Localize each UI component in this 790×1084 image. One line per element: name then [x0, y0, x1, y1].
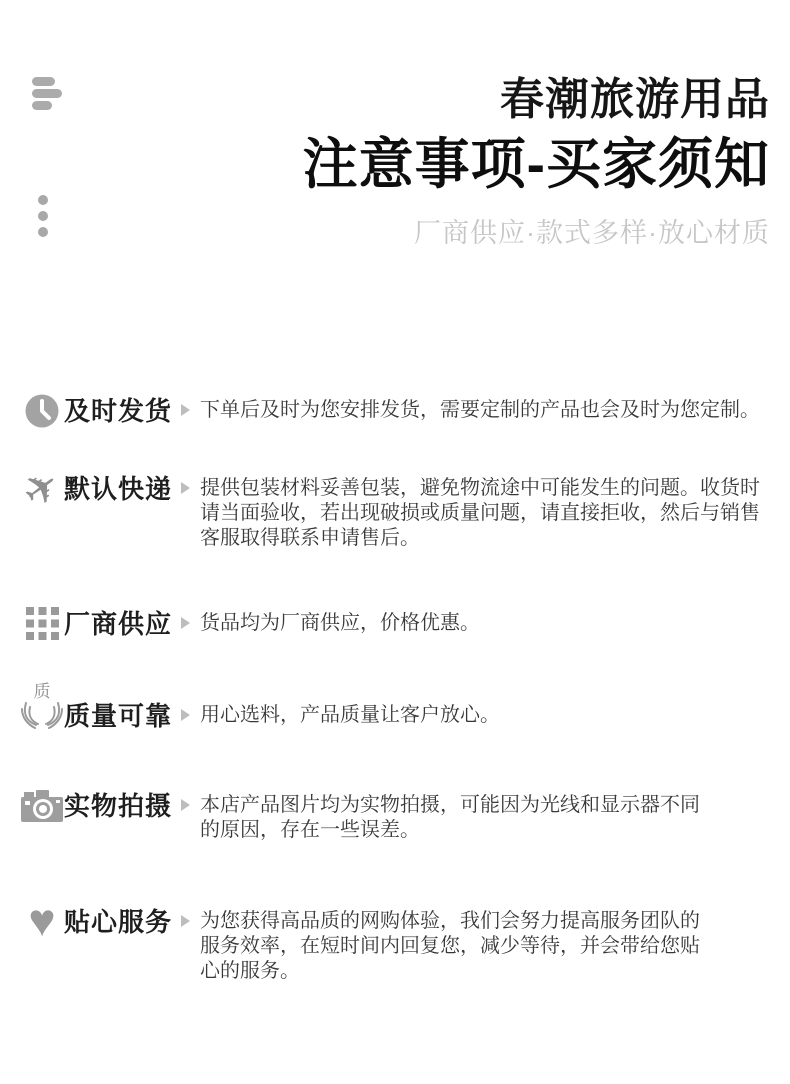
brand-title: 春潮旅游用品: [0, 76, 770, 124]
caret-right-icon: [181, 617, 190, 629]
section-default-express: ✈ 默认快递 提供包装材料妥善包装，避免物流途中可能发生的问题。收货时 请当面验…: [0, 472, 790, 551]
section-heading-wrap: 贴心服务: [64, 905, 200, 937]
bar-decoration: [32, 101, 52, 110]
section-manufacturer-supply: 厂商供应 货品均为厂商供应，价格优惠。: [0, 607, 790, 641]
section-heading-wrap: 及时发货: [64, 394, 200, 426]
caret-right-icon: [181, 915, 190, 927]
airplane-icon: ✈: [20, 472, 64, 506]
section-body: 用心选料，产品质量让客户放心。: [200, 703, 790, 728]
caret-right-icon: [181, 482, 190, 494]
caret-right-icon: [181, 404, 190, 416]
page-subtitle: 厂商供应·款式多样·放心材质: [0, 211, 770, 250]
section-heading-wrap: 默认快递: [64, 472, 200, 504]
dots-decoration: [38, 195, 48, 243]
grid-icon: [20, 607, 64, 641]
section-timely-shipping: 及时发货 下单后及时为您安排发货，需要定制的产品也会及时为您定制。: [0, 394, 790, 428]
section-body: 本店产品图片均为实物拍摄，可能因为光线和显示器不同 的原因，存在一些误差。: [200, 793, 790, 843]
camera-icon: [20, 789, 64, 823]
section-heading: 贴心服务: [64, 902, 172, 939]
clock-icon: [20, 394, 64, 428]
heart-icon: ♥: [20, 905, 64, 939]
hands-quality-icon: 质: [20, 679, 64, 735]
section-real-photos: 实物拍摄 本店产品图片均为实物拍摄，可能因为光线和显示器不同 的原因，存在一些误…: [0, 789, 790, 843]
notice-sections: 及时发货 下单后及时为您安排发货，需要定制的产品也会及时为您定制。 ✈ 默认快递…: [0, 394, 790, 984]
section-body: 下单后及时为您安排发货，需要定制的产品也会及时为您定制。: [200, 398, 790, 423]
dot-decoration: [38, 227, 48, 237]
caret-right-icon: [181, 709, 190, 721]
bar-decoration: [32, 89, 62, 98]
dot-decoration: [38, 211, 48, 221]
section-caring-service: ♥ 贴心服务 为您获得高品质的网购体验，我们会努力提高服务团队的 服务效率，在短…: [0, 905, 790, 984]
section-heading-wrap: 厂商供应: [64, 607, 200, 639]
section-heading-wrap: 质量可靠: [64, 699, 200, 731]
dot-decoration: [38, 195, 48, 205]
section-heading: 厂商供应: [64, 604, 172, 641]
section-heading: 实物拍摄: [64, 786, 172, 823]
caret-right-icon: [181, 799, 190, 811]
section-body: 货品均为厂商供应，价格优惠。: [200, 611, 790, 636]
quality-character: 质: [34, 683, 51, 700]
bar-decoration: [32, 77, 55, 86]
header: 春潮旅游用品 注意事项-买家须知 厂商供应·款式多样·放心材质: [0, 0, 790, 250]
section-heading-wrap: 实物拍摄: [64, 789, 200, 821]
section-heading: 质量可靠: [64, 696, 172, 733]
page-title: 注意事项-买家须知: [0, 134, 770, 195]
menu-bars-decoration: [32, 77, 62, 113]
section-heading: 默认快递: [64, 469, 172, 506]
section-body: 为您获得高品质的网购体验，我们会努力提高服务团队的 服务效率，在短时间内回复您，…: [200, 909, 790, 984]
section-heading: 及时发货: [64, 391, 172, 428]
section-reliable-quality: 质 质量可靠 用心选料，产品质量让客户放心。: [0, 699, 790, 735]
section-body: 提供包装材料妥善包装，避免物流途中可能发生的问题。收货时 请当面验收，若出现破损…: [200, 476, 790, 551]
